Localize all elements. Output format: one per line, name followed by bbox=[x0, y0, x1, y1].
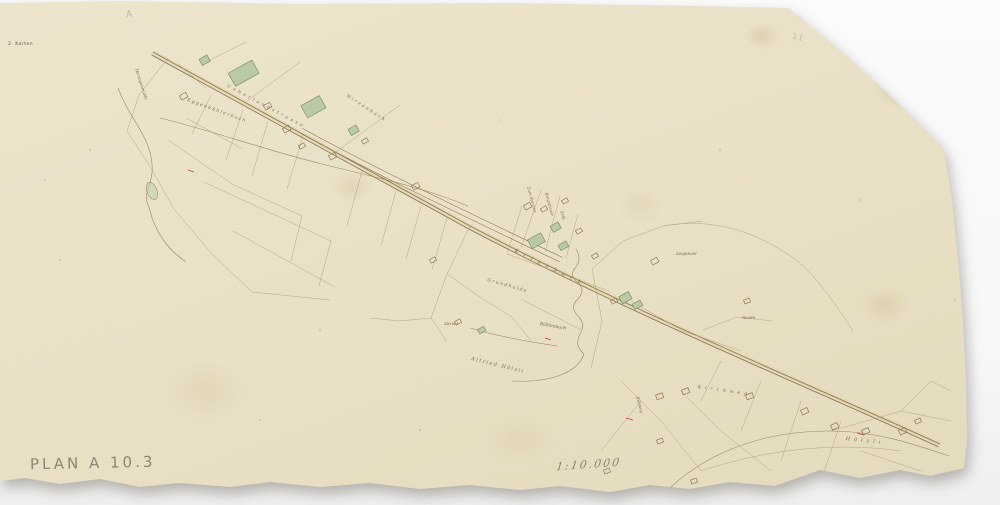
label-zelglibuehl: Zelglibühl bbox=[676, 251, 697, 256]
scanned-map-view: Herzogenmühle Eggenbühlerbach Ueberlands… bbox=[0, 0, 1000, 505]
pencil-letter-a: A bbox=[125, 10, 132, 21]
plan-number: PLAN A 10.3 bbox=[30, 453, 156, 474]
map-paper-sheet: Herzogenmühle Eggenbühlerbach Ueberlands… bbox=[0, 0, 1000, 505]
label-riedtli: Riedtli bbox=[742, 315, 755, 320]
label-altried: Altried bbox=[444, 321, 458, 326]
map-drawing bbox=[0, 0, 1000, 505]
paper-sheet-shadow: Herzogenmühle Eggenbühlerbach Ueberlands… bbox=[0, 0, 1000, 505]
archive-corner-note: 2. Karten bbox=[8, 42, 33, 47]
